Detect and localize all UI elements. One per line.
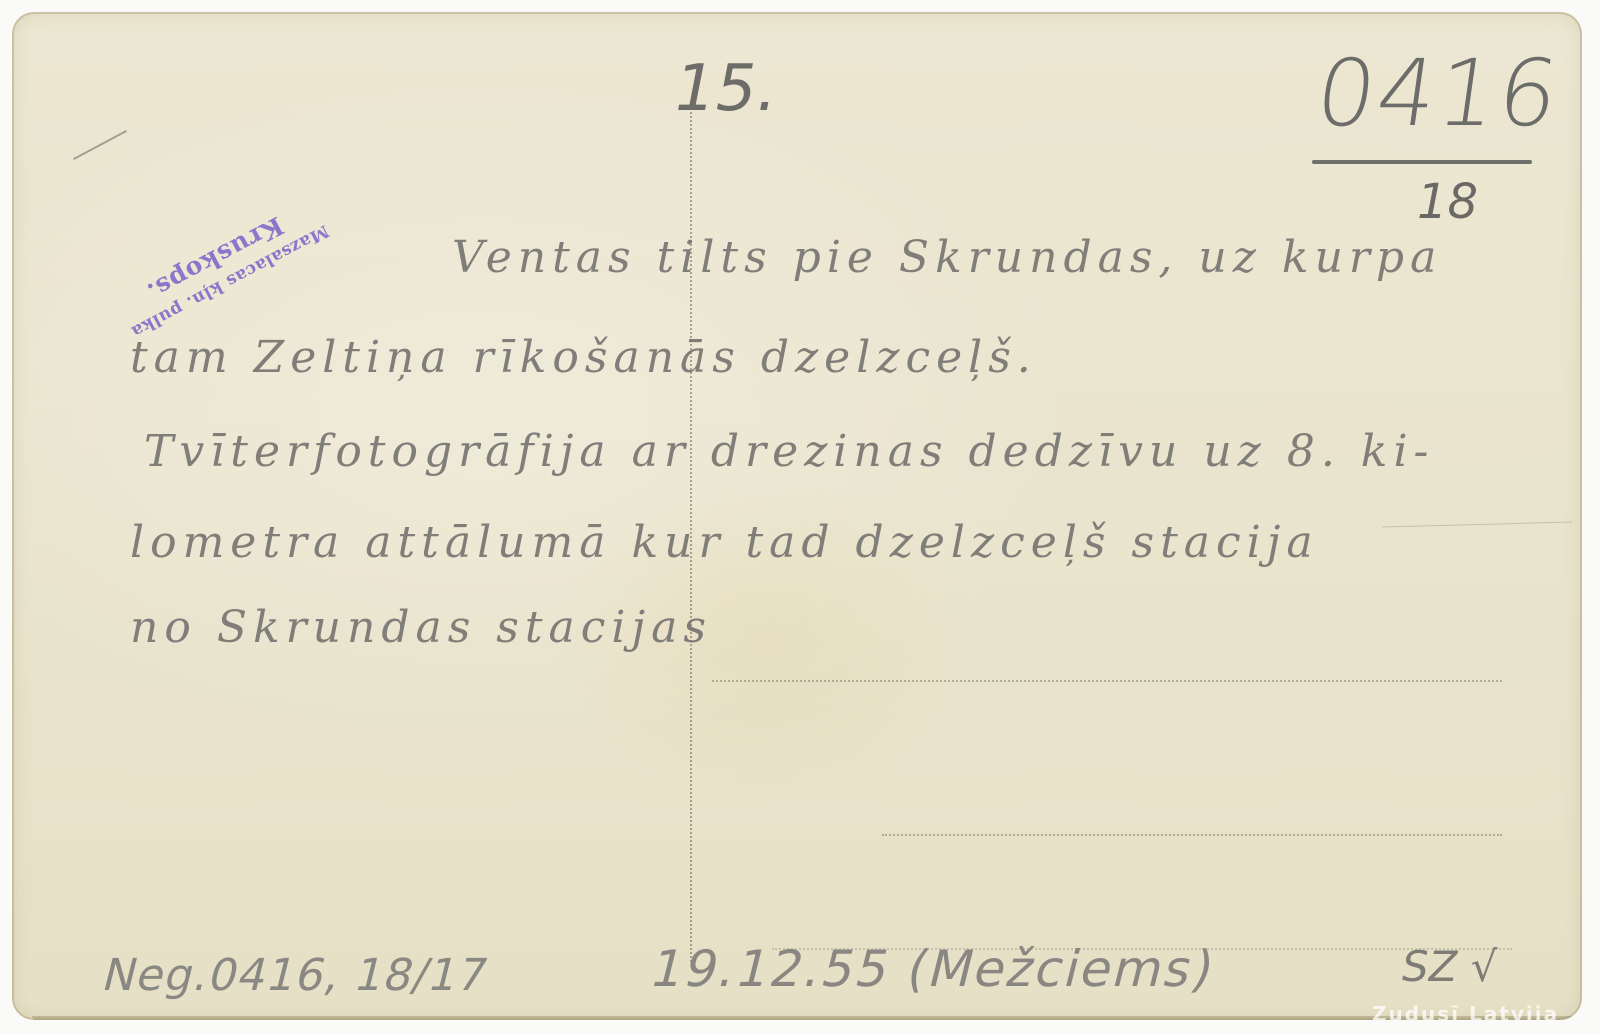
address-line-2 [882, 834, 1502, 836]
initials-checkmark: SZ √ [1402, 942, 1498, 991]
message-line-3: Tvīterfotogrāfija ar drezinas dedzīvu uz… [144, 426, 1434, 477]
card-edge [32, 1016, 1572, 1020]
date-location-note: 19.12.55 (Mežciems) [645, 940, 1222, 998]
page: Mazsalacas kļn. pulka Kruskops. 15. 0416… [0, 0, 1600, 1034]
message-line-5: no Skrundas stacijas [130, 602, 712, 653]
postcard-back: Mazsalacas kļn. pulka Kruskops. 15. 0416… [12, 12, 1582, 1020]
message-line-2: tam Zeltiņa rīkošanās dzelzceļš. [130, 332, 1037, 383]
paper-crease [1382, 522, 1572, 528]
address-line-1 [712, 680, 1502, 682]
archive-sub-number: 18 [1417, 174, 1478, 230]
negative-reference: Neg.0416, 18/17 [98, 950, 494, 1001]
watermark: Zudusī Latvija [1372, 1002, 1559, 1020]
archive-number: 0416 [1309, 40, 1566, 147]
archive-number-rule [1312, 160, 1532, 164]
message-line-1: Ventas tilts pie Skrundas, uz kurpa [452, 232, 1442, 283]
page-number: 15. [675, 52, 777, 126]
ink-stamp: Mazsalacas kļn. pulka Kruskops. [52, 98, 342, 268]
message-line-4: lometra attālumā kur tad dzelzceļš staci… [130, 517, 1319, 568]
